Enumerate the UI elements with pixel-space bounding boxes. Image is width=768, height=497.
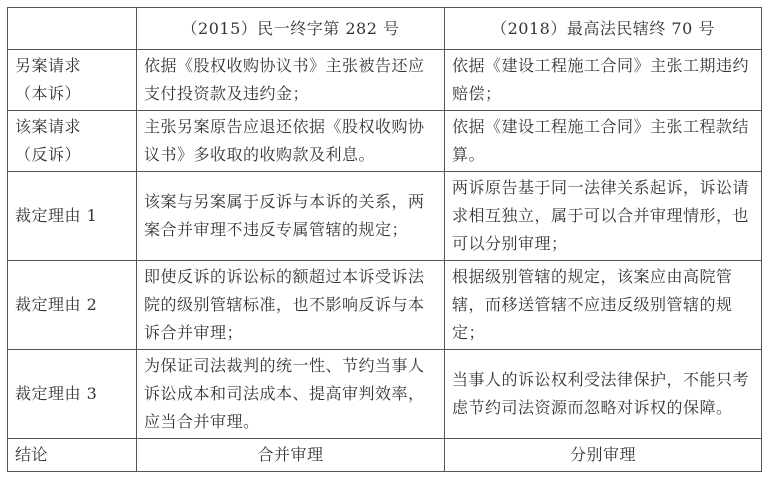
row-label: 裁定理由 1 <box>8 172 137 261</box>
cell-2018: 两诉原告基于同一法律关系起诉，诉讼请求相互独立，属于可以合并审理情形，也可以分别… <box>445 172 762 261</box>
conclusion-2015: 合并审理 <box>137 439 445 472</box>
row-label: 裁定理由 3 <box>8 350 137 439</box>
table-row: 裁定理由 2 即使反诉的诉讼标的额超过本诉受诉法院的级别管辖标准，也不影响反诉与… <box>8 261 762 350</box>
cell-2015: 该案与另案属于反诉与本诉的关系，两案合并审理不违反专属管辖的规定； <box>137 172 445 261</box>
header-empty <box>8 8 137 50</box>
table-row: 该案请求 （反诉） 主张另案原告应退还依据《股权收购协议书》多收取的收购款及利息… <box>8 111 762 172</box>
conclusion-row: 结论 合并审理 分别审理 <box>8 439 762 472</box>
cell-2015: 依据《股权收购协议书》主张被告还应支付投资款及违约金； <box>137 50 445 111</box>
table-row: 另案请求 （本诉） 依据《股权收购协议书》主张被告还应支付投资款及违约金； 依据… <box>8 50 762 111</box>
cell-2015: 主张另案原告应退还依据《股权收购协议书》多收取的收购款及利息。 <box>137 111 445 172</box>
comparison-table: （2015）民一终字第 282 号 （2018）最高法民辖终 70 号 另案请求… <box>7 7 762 472</box>
row-label: 结论 <box>8 439 137 472</box>
table-row: 裁定理由 1 该案与另案属于反诉与本诉的关系，两案合并审理不违反专属管辖的规定；… <box>8 172 762 261</box>
cell-2015: 为保证司法裁判的统一性、节约当事人诉讼成本和司法成本、提高审判效率，应当合并审理… <box>137 350 445 439</box>
row-label: 裁定理由 2 <box>8 261 137 350</box>
conclusion-2018: 分别审理 <box>445 439 762 472</box>
cell-2018: 依据《建设工程施工合同》主张工期违约赔偿； <box>445 50 762 111</box>
cell-2018: 依据《建设工程施工合同》主张工程款结算。 <box>445 111 762 172</box>
header-case-2018: （2018）最高法民辖终 70 号 <box>445 8 762 50</box>
header-case-2015: （2015）民一终字第 282 号 <box>137 8 445 50</box>
header-row: （2015）民一终字第 282 号 （2018）最高法民辖终 70 号 <box>8 8 762 50</box>
cell-2018: 当事人的诉讼权利受法律保护，不能只考虑节约司法资源而忽略对诉权的保障。 <box>445 350 762 439</box>
row-label: 该案请求 （反诉） <box>8 111 137 172</box>
cell-2015: 即使反诉的诉讼标的额超过本诉受诉法院的级别管辖标准，也不影响反诉与本诉合并审理； <box>137 261 445 350</box>
row-label: 另案请求 （本诉） <box>8 50 137 111</box>
table-row: 裁定理由 3 为保证司法裁判的统一性、节约当事人诉讼成本和司法成本、提高审判效率… <box>8 350 762 439</box>
cell-2018: 根据级别管辖的规定，该案应由高院管辖，而移送管辖不应违反级别管辖的规定； <box>445 261 762 350</box>
